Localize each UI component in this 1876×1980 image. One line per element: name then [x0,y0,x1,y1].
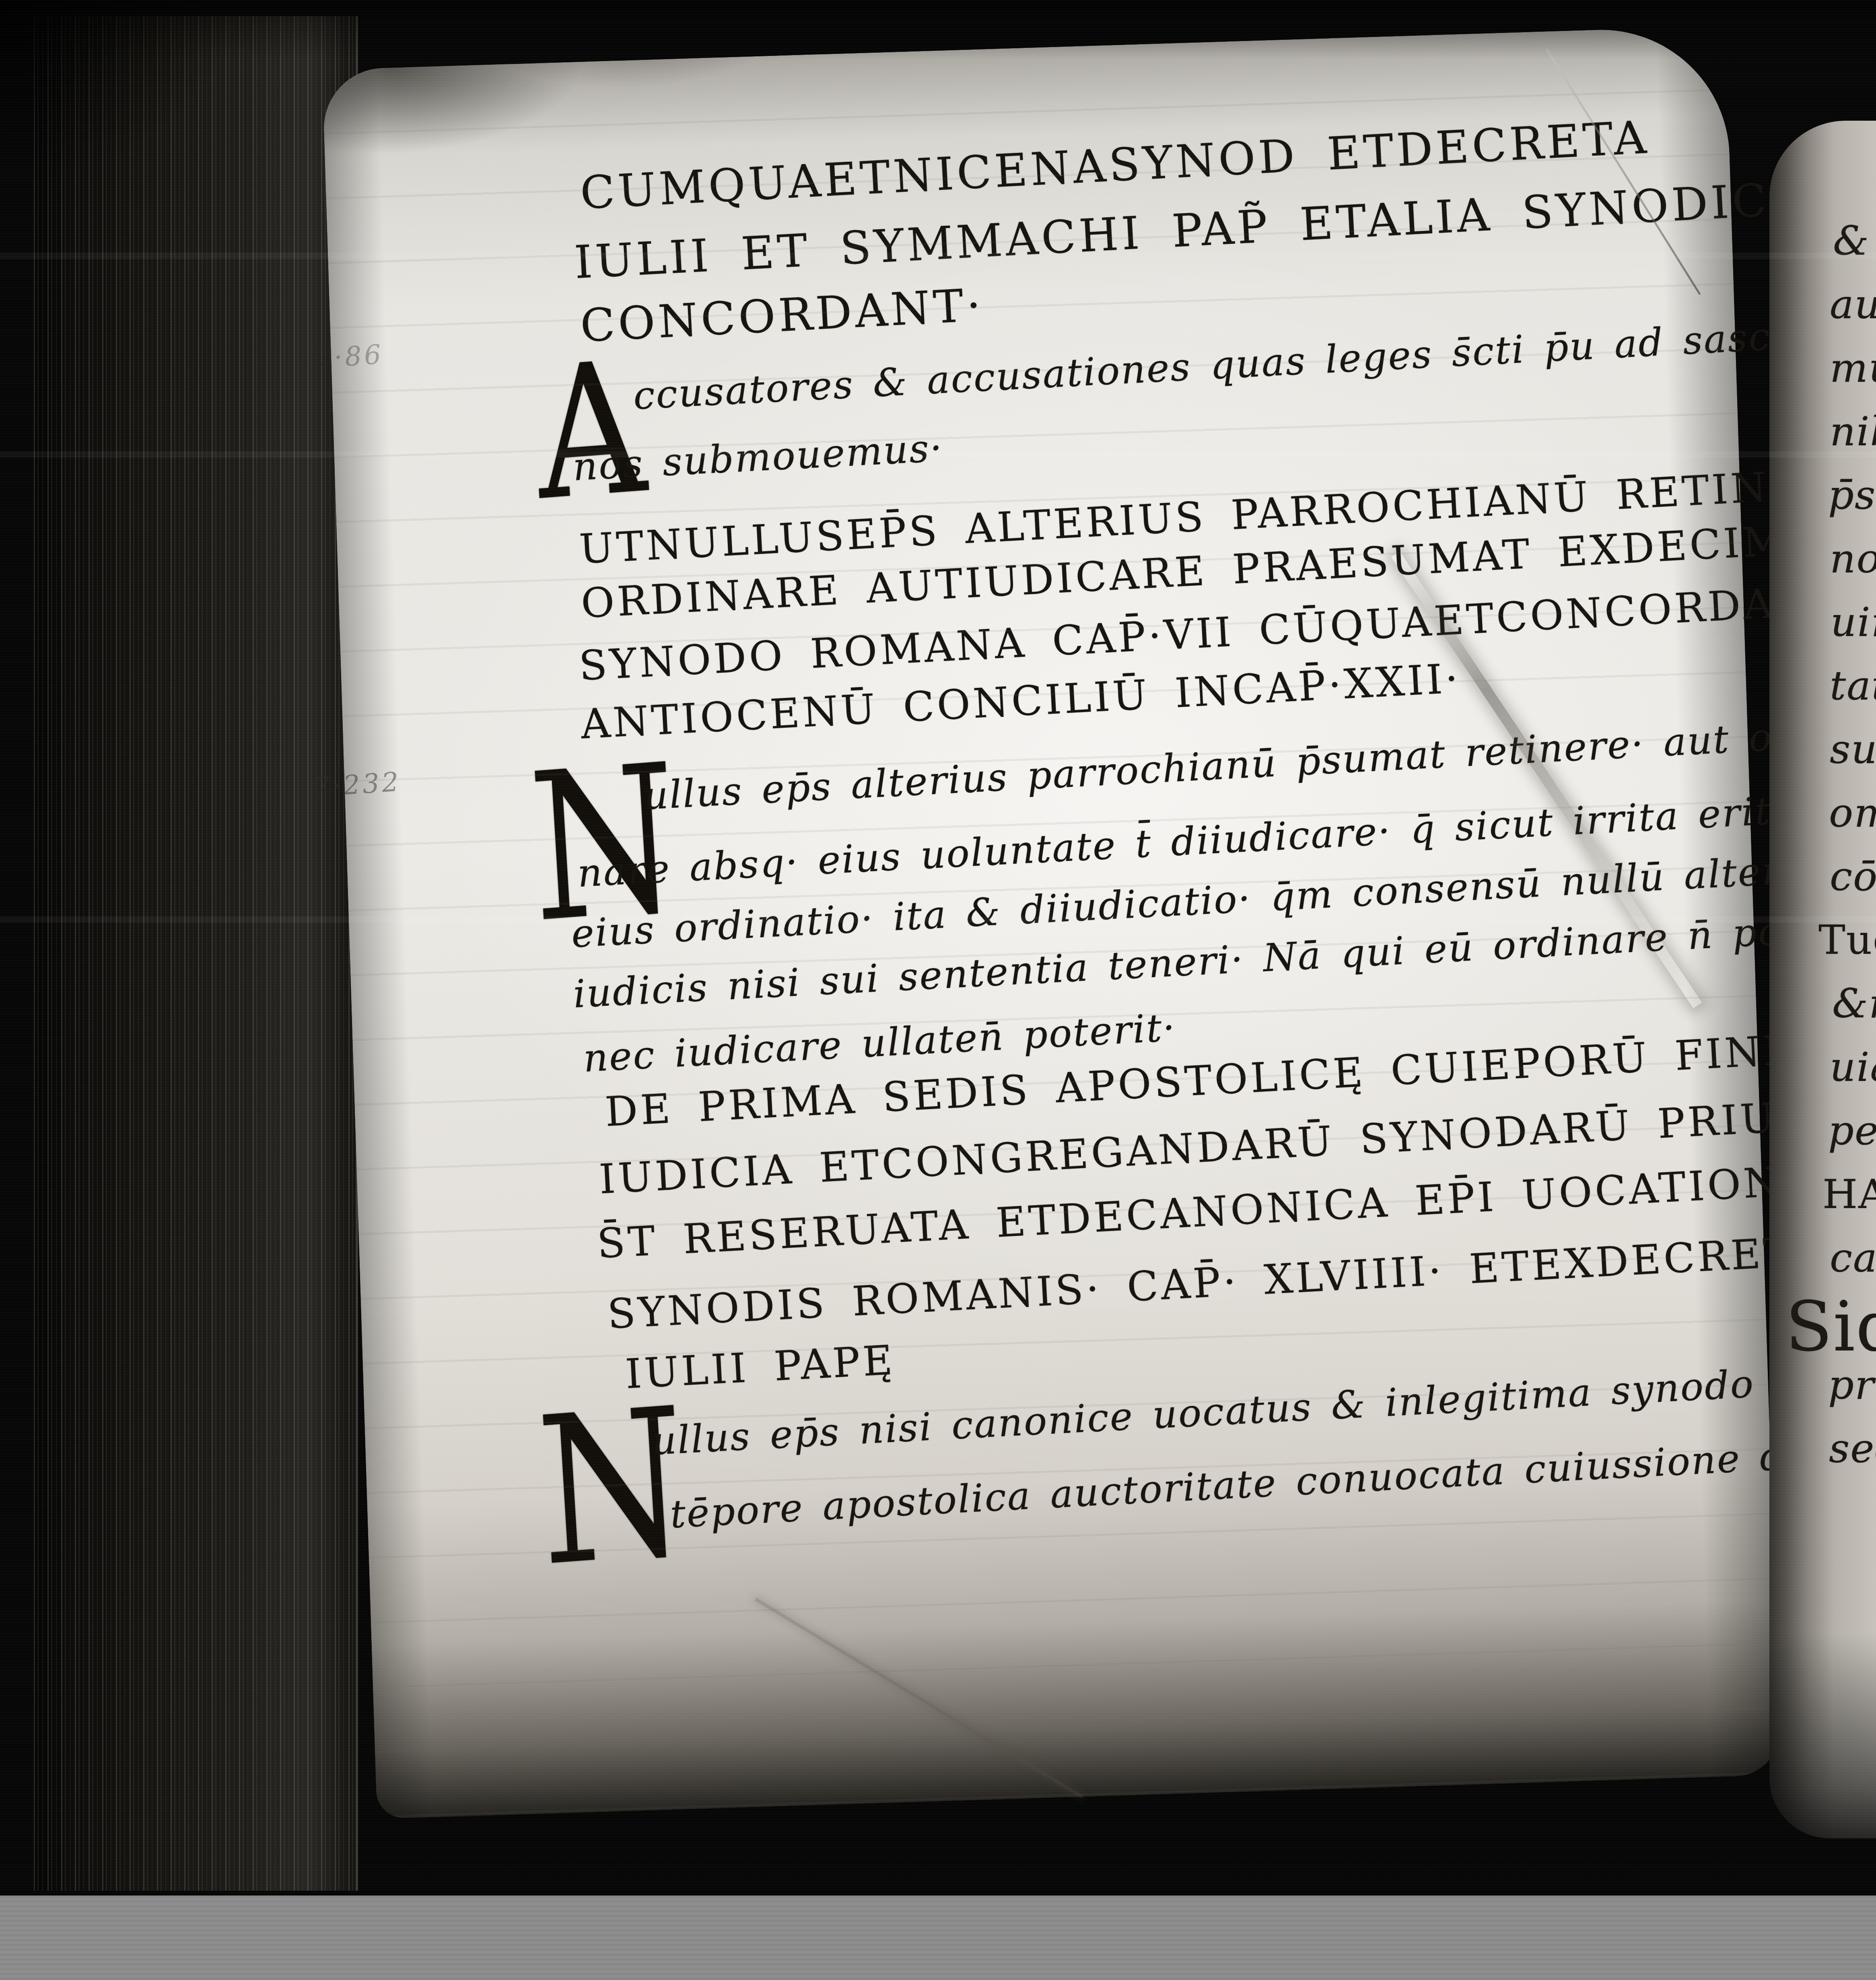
initial-capital-A: A [531,337,649,526]
right-page-line: ca [1830,1234,1876,1281]
right-page-line: Tue [1818,916,1876,963]
book-fore-edge [34,16,358,1891]
right-page-line: uia [1830,1044,1876,1091]
photo-band [0,451,1876,458]
right-page-line: pri [1828,1361,1876,1408]
right-page-line: noc [1830,535,1876,582]
photo-band [0,916,1876,923]
manuscript-photo: CUMQUAETNICENASYNOD ETDECRETA IULII ET S… [0,0,1876,1980]
film-strip [0,1896,1876,1980]
right-page-line: nib [1830,408,1876,455]
right-page-line: sed [1829,1425,1876,1472]
margin-annotation: 7·86 [314,339,385,375]
photo-band [0,253,1876,259]
right-page-line: &r [1832,980,1876,1027]
fold-crease [755,1598,1083,1799]
right-page-line: auc [1830,281,1876,328]
right-page-line: cō [1830,853,1876,900]
right-page-line: Siqu [1785,1287,1876,1367]
right-page-line: sup [1830,726,1876,773]
right-page-line: uir [1831,599,1876,646]
right-page-line: HA [1822,1171,1876,1218]
rubric-line: CONCORDANT· [579,279,985,352]
right-page-line: mu [1830,344,1876,391]
margin-annotation: 7·232 [312,766,402,803]
right-page-line: om [1829,789,1876,836]
right-page-line: per [1828,1107,1876,1154]
right-page-line: tat [1830,662,1876,709]
initial-capital-N: N [533,1381,692,1595]
right-page-edge: & auc mu nib p̄su noc uir tat sup om cō … [1769,121,1876,1838]
right-page-line: p̄su [1828,471,1876,519]
